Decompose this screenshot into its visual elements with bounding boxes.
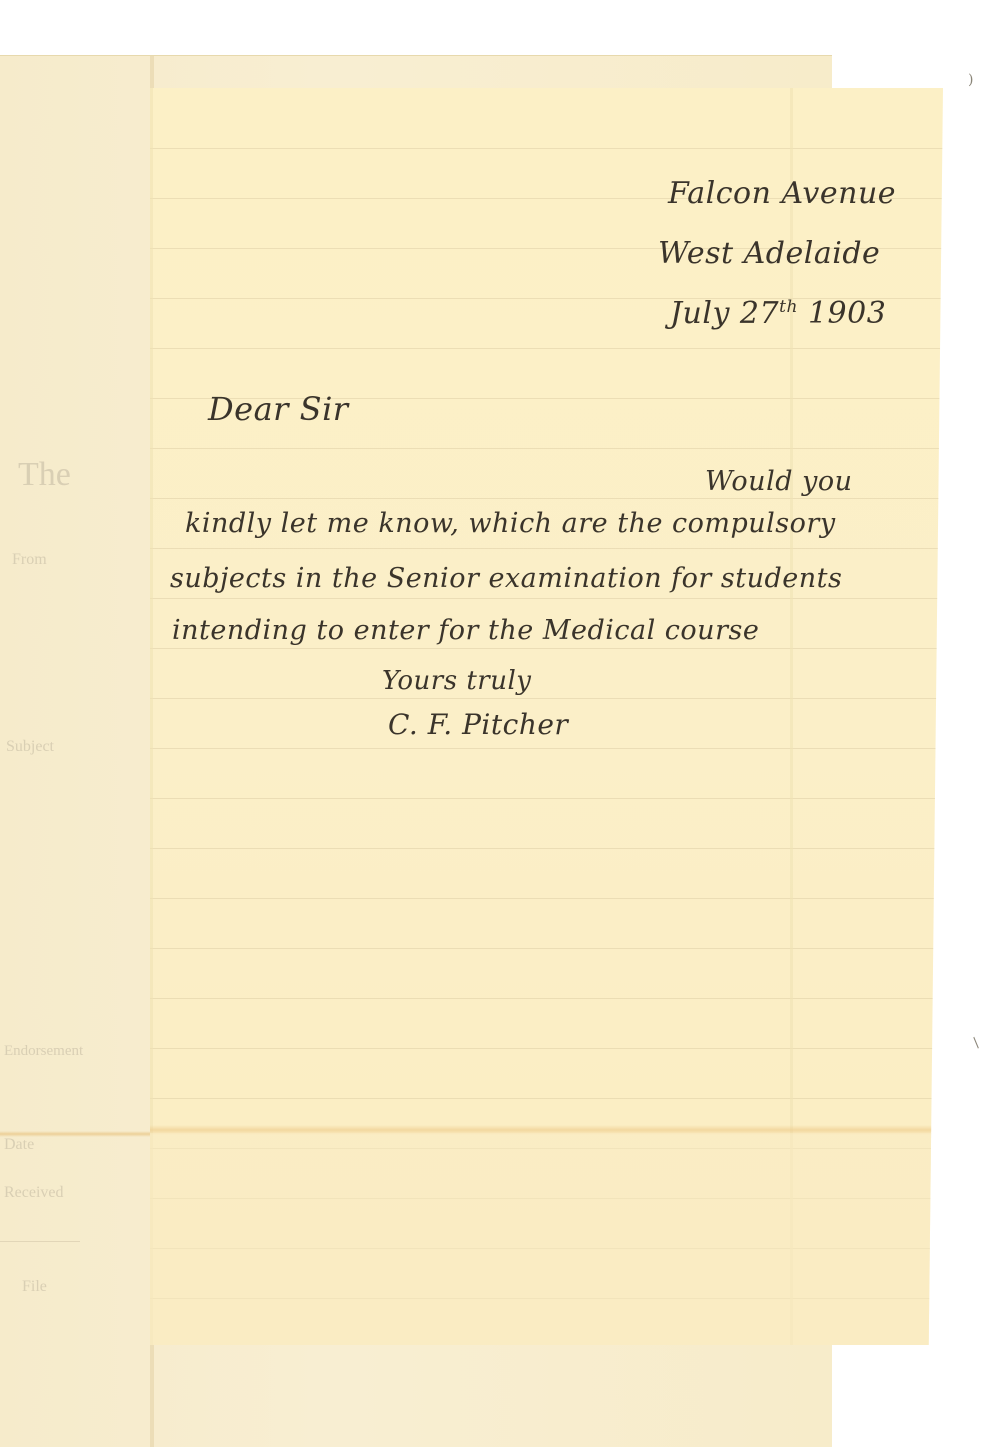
- address-line-2: West Adelaide: [658, 236, 880, 271]
- closing: Yours truly: [382, 666, 531, 696]
- form-label-from: From: [12, 551, 47, 569]
- form-title-fragment: The: [18, 456, 71, 494]
- form-label-received: Received: [4, 1184, 64, 1202]
- date-ordinal: th: [779, 297, 798, 317]
- date-month-day: July 27: [670, 296, 779, 331]
- stray-mark: /: [969, 1035, 983, 1050]
- body-line-2: kindly let me know, which are the compul…: [185, 508, 836, 539]
- form-label-endorsement: Endorsement: [4, 1043, 83, 1060]
- date-year: 1903: [808, 296, 886, 331]
- signature: C. F. Pitcher: [388, 708, 568, 741]
- form-label-date: Date: [4, 1136, 34, 1154]
- body-line-3: subjects in the Senior examination for s…: [170, 563, 842, 594]
- body-line-1: Would you: [705, 466, 852, 497]
- form-label-file: File: [22, 1278, 47, 1296]
- address-line-1: Falcon Avenue: [668, 176, 896, 211]
- form-label-subject: Subject: [6, 738, 54, 756]
- body-line-4: intending to enter for the Medical cours…: [172, 615, 759, 646]
- letter-sheet: Falcon Avenue West Adelaide July 27th 19…: [150, 88, 943, 1345]
- salutation: Dear Sir: [208, 390, 349, 428]
- letter-date: July 27th 1903: [670, 296, 886, 331]
- form-rule: [0, 1241, 80, 1242]
- stray-mark: ): [968, 72, 973, 88]
